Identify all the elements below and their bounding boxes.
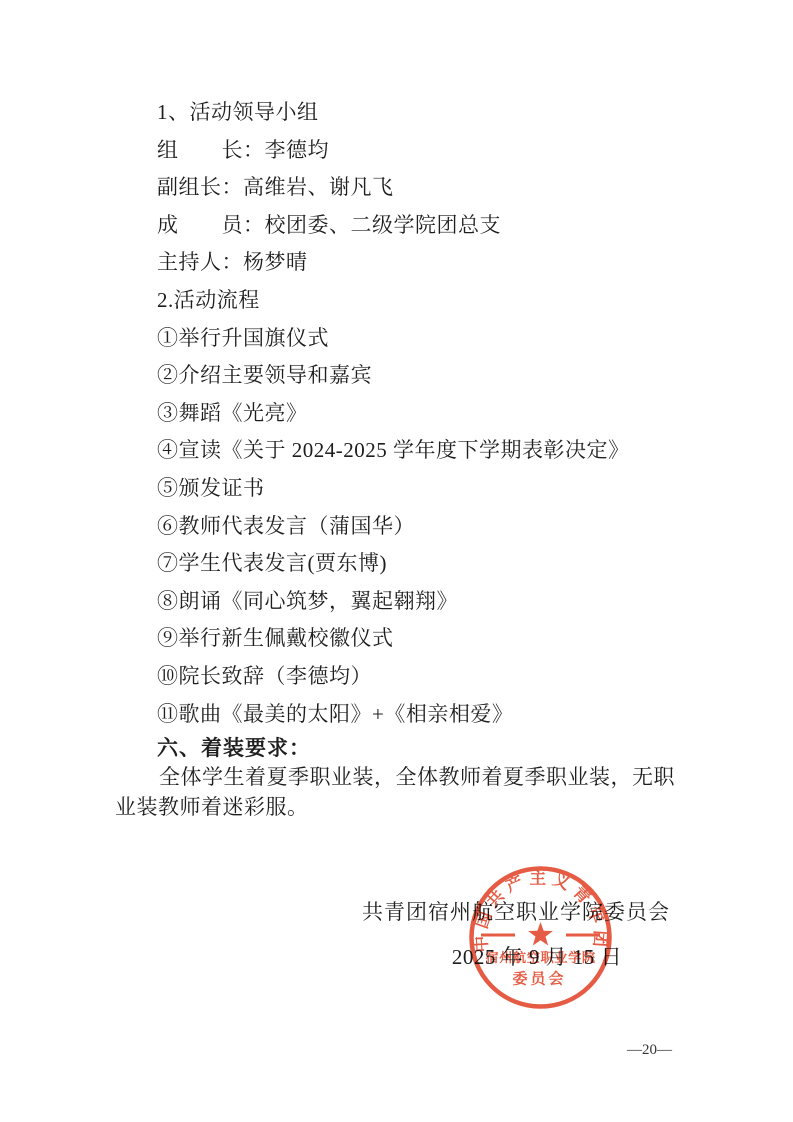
body-line: 成 员：校团委、二级学院团总支 [115, 207, 677, 245]
dress-code-heading: 六、着装要求： [115, 733, 677, 763]
page-number: —20— [627, 1042, 672, 1058]
body-line: 副组长：高维岩、谢凡飞 [115, 169, 677, 207]
body-line: ③舞蹈《光亮》 [115, 395, 677, 433]
body-line: ⑪歌曲《最美的太阳》+《相亲相爱》 [115, 696, 677, 734]
body-line: ⑤颁发证书 [115, 470, 677, 508]
document-page: 1、活动领导小组 组 长：李德均 副组长：高维岩、谢凡飞 成 员：校团委、二级学… [0, 0, 793, 1122]
body-line: ⑧朗诵《同心筑梦，翼起翱翔》 [115, 583, 677, 621]
body-line: 2.活动流程 [115, 282, 677, 320]
body-line: ①举行升国旗仪式 [115, 320, 677, 358]
body-line: ⑦学生代表发言(贾东博) [115, 545, 677, 583]
body-line: ②介绍主要领导和嘉宾 [115, 357, 677, 395]
seal-inner-text-school: 宿州航空职业学院 [485, 949, 596, 965]
seal-inner-text-committee: 委员会 [512, 970, 566, 988]
body-line: ⑩院长致辞（李德均） [115, 658, 677, 696]
body-line: ④宣读《关于 2024-2025 学年度下学期表彰决定》 [115, 432, 677, 470]
seal-star-icon [528, 922, 553, 946]
body-line: 主持人：杨梦晴 [115, 244, 677, 282]
body-line: ⑥教师代表发言（蒲国华） [115, 508, 677, 546]
body-line: 组 长：李德均 [115, 132, 677, 170]
official-seal-icon: 中国共产主义青年团 宿州航空职业学院 委员会 [468, 865, 613, 1010]
document-body: 1、活动领导小组 组 长：李德均 副组长：高维岩、谢凡飞 成 员：校团委、二级学… [115, 94, 677, 822]
body-line: 1、活动领导小组 [115, 94, 677, 132]
dress-code-paragraph: 全体学生着夏季职业装，全体教师着夏季职业装，无职业装教师着迷彩服。 [115, 763, 677, 822]
body-line: ⑨举行新生佩戴校徽仪式 [115, 620, 677, 658]
